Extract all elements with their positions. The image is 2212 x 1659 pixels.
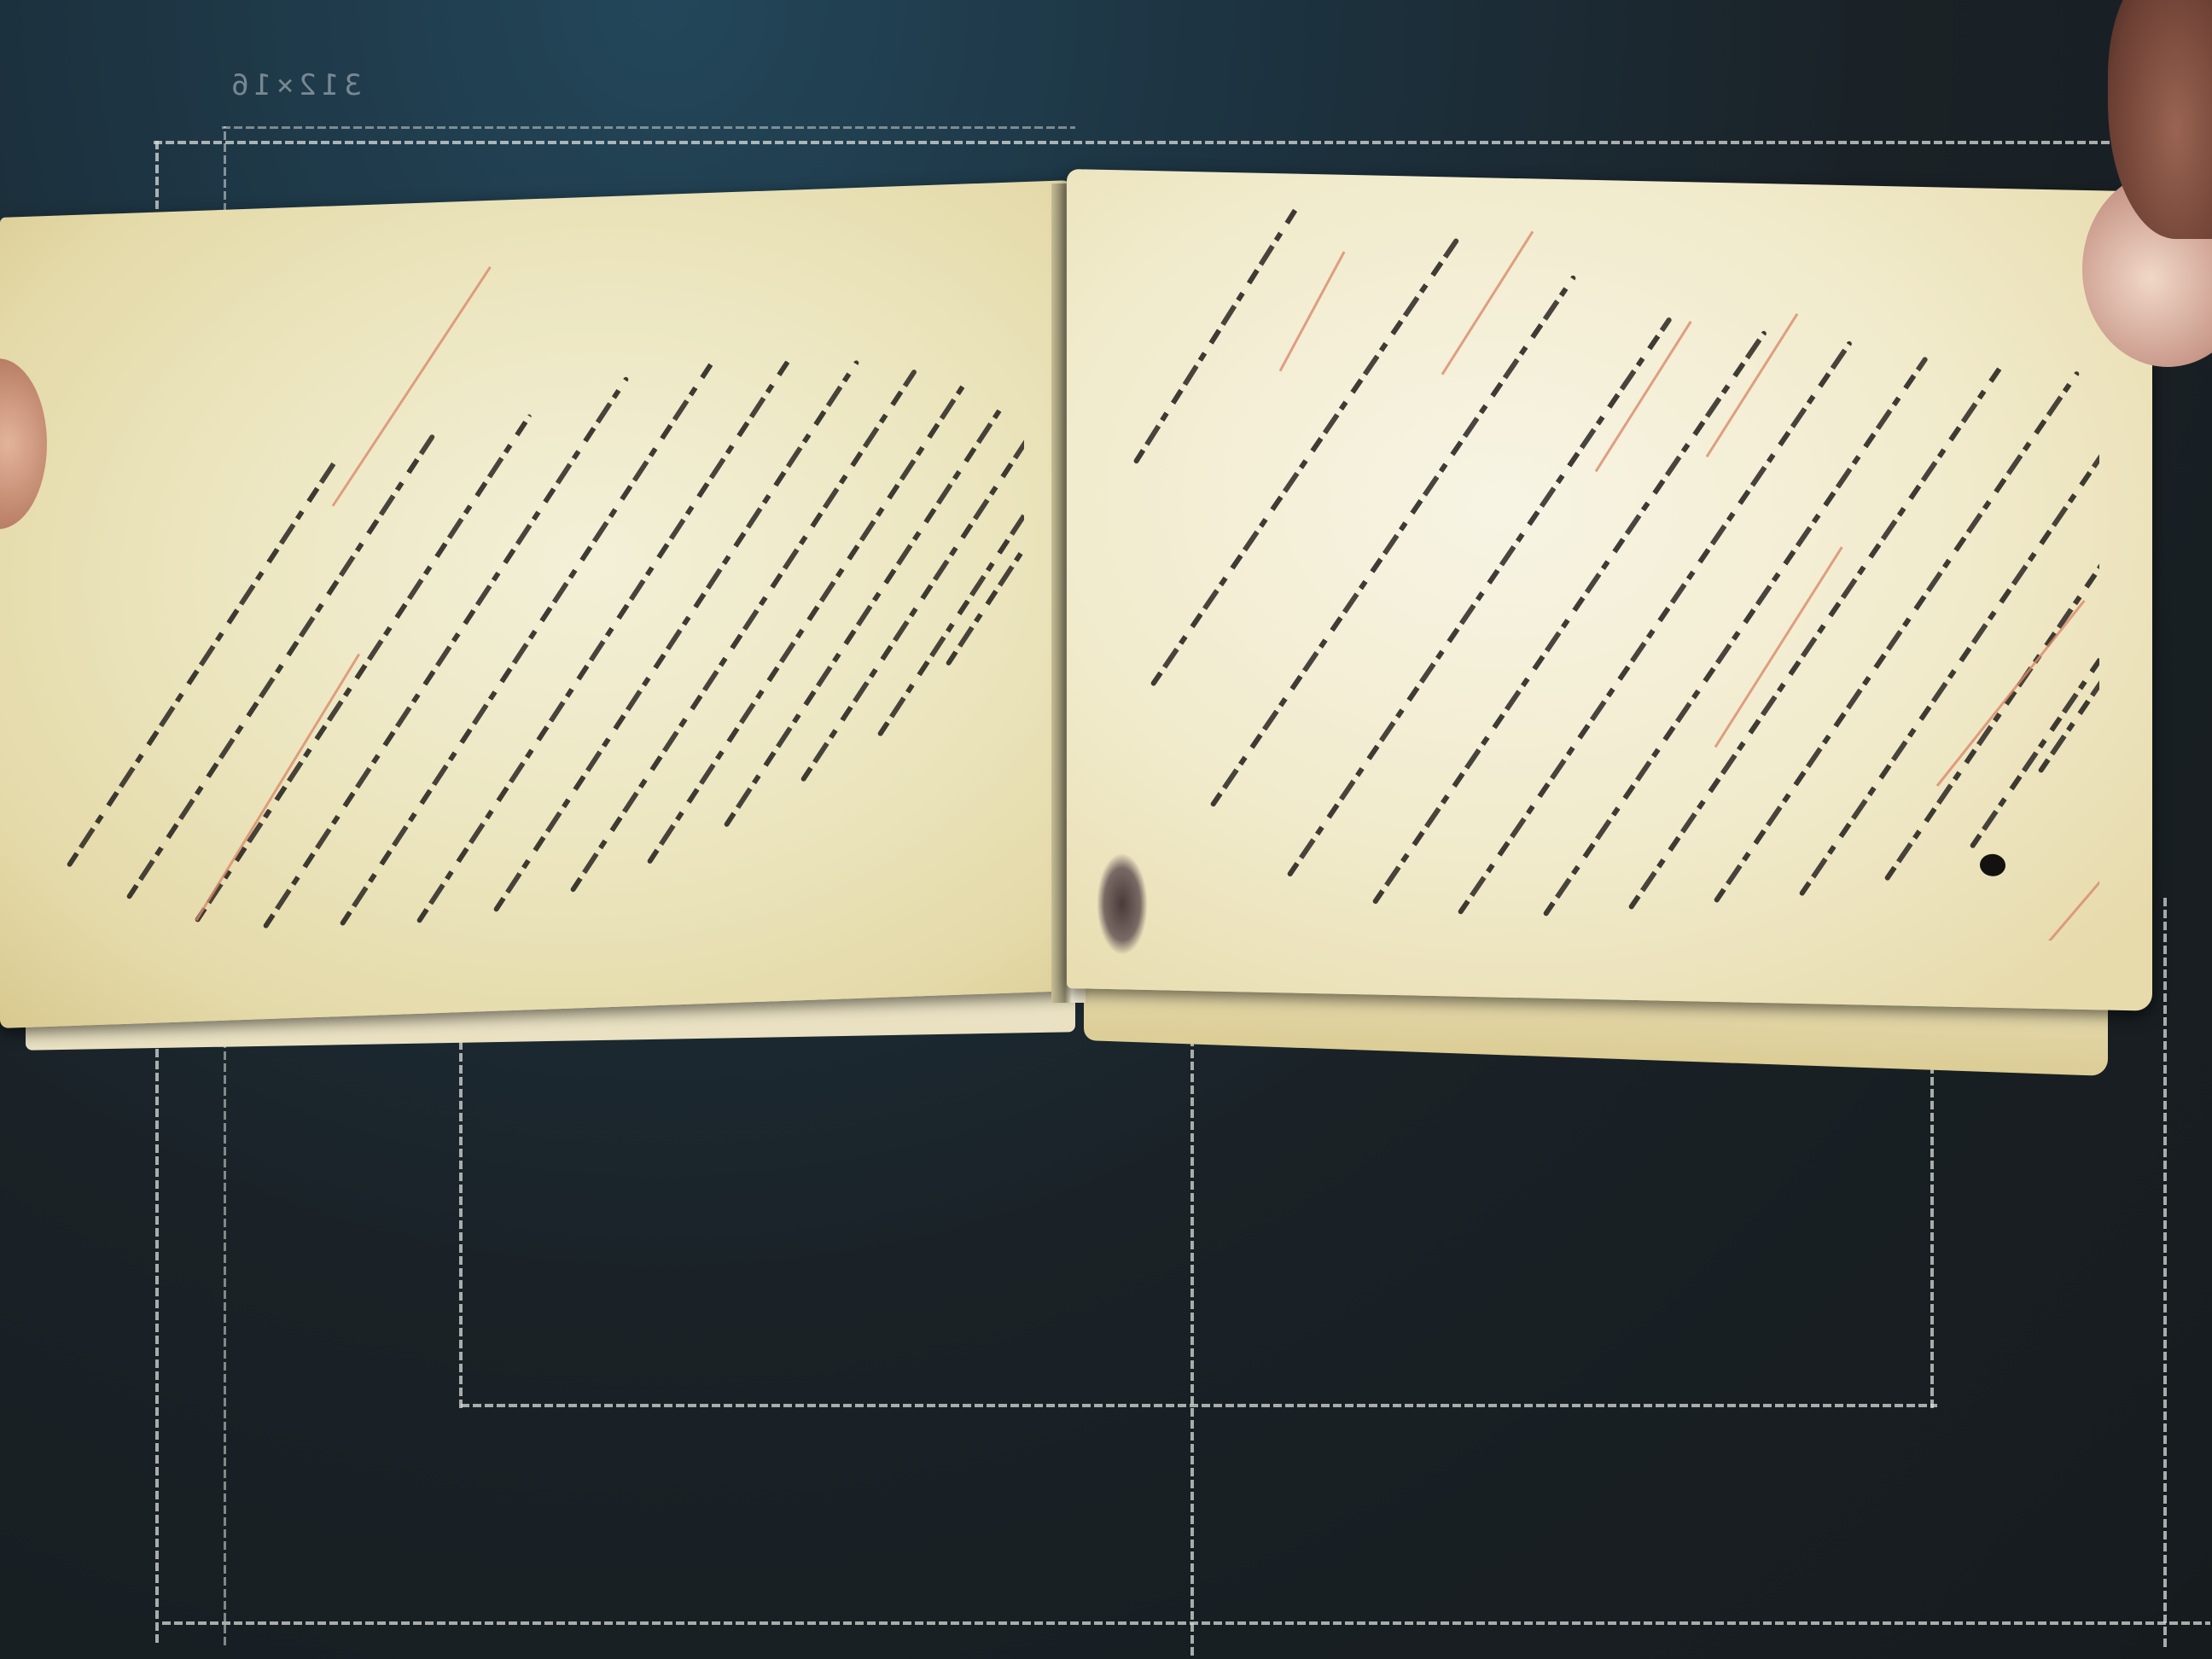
- mat-grid-line: [2163, 896, 2167, 1647]
- mat-grid-line: [154, 141, 2212, 144]
- mat-grid-line: [222, 126, 1075, 129]
- ink-stain: [1097, 853, 1148, 956]
- mat-grid-line: [1190, 1007, 1194, 1656]
- mat-label: 312×16: [226, 68, 362, 102]
- rubric-line: [195, 654, 360, 921]
- manuscript-page-left: [0, 180, 1077, 1028]
- mat-grid-line: [162, 1621, 2210, 1625]
- script-block-right: [1118, 204, 2099, 941]
- script-block-left: [51, 216, 1024, 950]
- manuscript-page-right: [1067, 169, 2152, 1011]
- mat-grid-line: [459, 1007, 463, 1408]
- ink-blot: [1980, 853, 2005, 876]
- mat-grid-line: [461, 1404, 1937, 1407]
